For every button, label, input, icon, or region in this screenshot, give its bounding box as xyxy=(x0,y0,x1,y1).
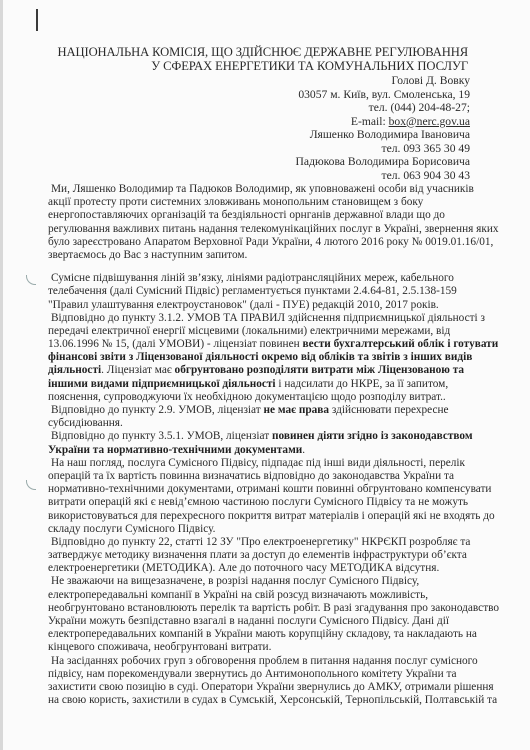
text-line: України можуть безпідставно взагалі в на… xyxy=(48,615,508,628)
address-block: Голові Д. Вовку 03057 м. Київ, вул. Смол… xyxy=(296,74,470,182)
punch-hole-mark xyxy=(26,275,36,285)
text-line: Відповідно до пункту 3.1.2. УМОВ ТА ПРАВ… xyxy=(48,312,508,325)
document-page: НАЦІОНАЛЬНА КОМІСІЯ, ЩО ЗДІЙСНЮЄ ДЕРЖАВН… xyxy=(0,0,530,750)
email-label: E-mail: xyxy=(351,115,389,128)
text-line: нормативно-технічними документами, отрим… xyxy=(48,483,508,496)
text-line: складу послуги Сумісного Підвісу. xyxy=(48,523,508,536)
text-line: 13.06.1996 № 15, (далі УМОВИ) - ліцензіа… xyxy=(48,338,508,351)
addressee-phone: тел. (044) 204-48-27; xyxy=(296,101,470,115)
text-line: затверджує методику визначення плати за … xyxy=(48,549,508,562)
paragraph-methodology: Відповідно до пункту 22, статті 12 ЗУ "П… xyxy=(48,536,508,576)
paragraph-our-view: На наш погляд, послуга Сумісного Підвісу… xyxy=(48,457,508,536)
paragraph-clause-2-9: Відповідно до пункту 2.9. УМОВ, ліцензіа… xyxy=(48,404,508,430)
paragraph-working-groups: На засіданнях робочих груп з обговорення… xyxy=(48,655,508,708)
text-line: Ми, Ляшенко Володимир та Падюков Володим… xyxy=(48,183,508,196)
text-line: Відповідно до пункту 22, статті 12 ЗУ "П… xyxy=(48,536,508,549)
text-line: Відповідно до пункту 2.9. УМОВ, ліцензіа… xyxy=(48,404,508,417)
text-line: електропередавальні компанії в Україні н… xyxy=(48,589,508,602)
text-line: України та нормативно-технічними докумен… xyxy=(48,444,508,457)
text-line: необгрунтовано встановлюють перелік та в… xyxy=(48,602,508,615)
text-line: використовуваться для перехресного покри… xyxy=(48,510,508,523)
text-line: На засіданнях робочих груп з обговорення… xyxy=(48,655,508,668)
text-span: Відповідно до пункту 3.5.1. УМОВ, ліценз… xyxy=(51,430,272,442)
paragraph-despite: Не зважаючи на вищезазначене, в розрізі … xyxy=(48,575,508,654)
text-span: і надсилати до НКРЕ, за її запитом, xyxy=(276,378,449,390)
addressee-name: Голові Д. Вовку xyxy=(296,74,470,88)
text-line: діяльності. Ліцензіат має обгрунтовано р… xyxy=(48,364,508,377)
text-line: підвісу, нам порекомендували звернутись … xyxy=(48,668,508,681)
paragraph-clause-3-1-2: Відповідно до пункту 3.1.2. УМОВ ТА ПРАВ… xyxy=(48,312,508,404)
text-line: енергопоставляючих організацій та бездія… xyxy=(48,209,508,222)
addressee-commission-line-1: НАЦІОНАЛЬНА КОМІСІЯ, ЩО ЗДІЙСНЮЄ ДЕРЖАВН… xyxy=(57,46,468,60)
text-line: субсидіювання. xyxy=(48,417,508,430)
text-line: Сумісне підвішування ліній зв’язку, ліні… xyxy=(48,272,508,285)
text-line: звертаємось до Вас з наступним запитом. xyxy=(48,249,508,262)
text-line: іншими видами підприємницької діяльності… xyxy=(48,378,508,391)
text-span: . Ліцензіат має xyxy=(101,364,174,376)
text-line: електроенергетики (МЕТОДИКА). Але до пот… xyxy=(48,562,508,575)
bold-text: повинен діяти згідно із законодавством xyxy=(272,430,473,442)
bold-text: іншими видами підприємницької діяльності xyxy=(48,378,276,390)
text-line: На наш погляд, послуга Сумісного Підвісу… xyxy=(48,457,508,470)
page-edge-shadow xyxy=(0,0,3,750)
bold-text: діяльності xyxy=(48,364,101,376)
bold-text: фінансові звіти з Ліцензованої діяльност… xyxy=(48,351,472,363)
text-line: акції протесту проти системних зловживан… xyxy=(48,196,508,209)
text-line: телебачення (далі Сумісний Підвіс) регла… xyxy=(48,285,508,298)
text-line: було зареєстровано Апаратом Верховної Ра… xyxy=(48,236,508,249)
text-line: передачі електричної енергії місцевими (… xyxy=(48,325,508,338)
text-line: Відповідно до пункту 3.5.1. УМОВ, ліценз… xyxy=(48,430,508,443)
addressee-address: 03057 м. Київ, вул. Смоленська, 19 xyxy=(296,88,470,102)
text-line: Не зважаючи на вищезазначене, в розрізі … xyxy=(48,575,508,588)
text-line: електропередавальних компаній в України … xyxy=(48,628,508,641)
letter-body: Ми, Ляшенко Володимир та Падюков Володим… xyxy=(48,183,508,707)
paragraph-gap xyxy=(48,262,508,272)
paragraph-joint-suspension: Сумісне підвішування ліній зв’язку, ліні… xyxy=(48,272,508,312)
text-line: кінцевого споживача, необгрунтовані витр… xyxy=(48,641,508,654)
text-line: фінансові звіти з Ліцензованої діяльност… xyxy=(48,351,508,364)
bold-text: не має права xyxy=(264,404,330,416)
bold-text: вести бухгалтерський облік і готувати xyxy=(302,338,498,350)
sender-1-name: Ляшенко Володимира Івановича xyxy=(296,128,470,142)
addressee-commission-line-2: У СФЕРАХ ЕНЕРГЕТИКИ ТА КОМУНАЛЬНИХ ПОСЛУ… xyxy=(151,60,468,74)
text-span: . xyxy=(302,444,305,456)
paragraph-intro: Ми, Ляшенко Володимир та Падюков Володим… xyxy=(48,183,508,262)
sender-2-phone: тел. 063 904 30 43 xyxy=(296,169,470,183)
sender-1-phone: тел. 093 365 30 49 xyxy=(296,142,470,156)
punch-hole-mark xyxy=(26,480,36,490)
bold-text: України та нормативно-технічними докумен… xyxy=(48,444,302,456)
text-line: "Правил улаштування електроустановок" (д… xyxy=(48,299,508,312)
paragraph-clause-3-5-1: Відповідно до пункту 3.5.1. УМОВ, ліценз… xyxy=(48,430,508,456)
text-line: регулювання важливих питань надання теле… xyxy=(48,223,508,236)
text-span: Відповідно до пункту 2.9. УМОВ, ліцензіа… xyxy=(51,404,264,416)
bold-text: обгрунтовано розподіляти витрати між Ліц… xyxy=(175,364,465,376)
text-line: пояснення, супроводжуючи їх необхідною д… xyxy=(48,391,508,404)
addressee-email-line: E-mail: box@nerc.gov.ua xyxy=(296,115,470,129)
text-line: на свою користь, захистили в судах в Сум… xyxy=(48,694,508,707)
text-span: здійснювати перехресне xyxy=(329,404,448,416)
text-line: захистити свою позицію в суді. Оператори… xyxy=(48,681,508,694)
text-line: операцій та їх вартість повинна визначат… xyxy=(48,470,508,483)
email-link[interactable]: box@nerc.gov.ua xyxy=(389,115,470,128)
sender-2-name: Падюкова Володимира Борисовича xyxy=(296,155,470,169)
text-span: 13.06.1996 № 15, (далі УМОВИ) - ліцензіа… xyxy=(48,338,302,350)
text-line: витрати операцій які є невід’ємною части… xyxy=(48,496,508,509)
pen-mark xyxy=(36,9,38,31)
